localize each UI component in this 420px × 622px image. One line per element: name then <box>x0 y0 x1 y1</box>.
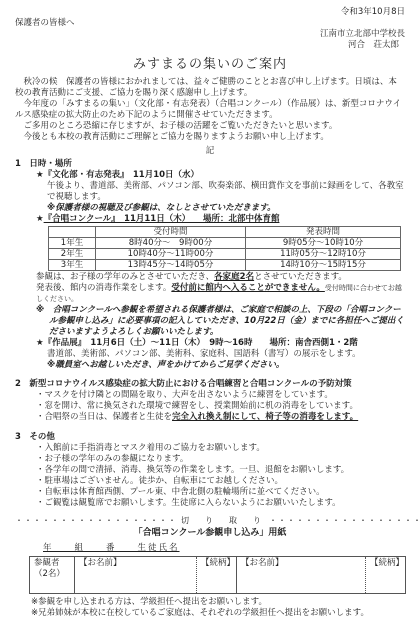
emphasized-fragment: 各家庭2名 <box>214 272 254 282</box>
table-header-row: 受付時間 発表時間 <box>49 227 401 238</box>
application-form-table: 参観者（2名） 【お名前】 【続柄】 【お名前】 【続柄】 <box>29 556 406 594</box>
form-note: ※兄弟姉妹が本校に在校しているご家庭は、それぞれの学級担任へ提出をお願いします。 <box>31 608 405 619</box>
recipient-line: 保護者の皆様へ <box>15 18 405 29</box>
form-notes: ※参観を申し込まれる方は、学級担任へ提出をお願いします。 ※兄弟姉妹が本校に在校… <box>15 597 405 619</box>
gassho-note-line1: 参観は、お子様の学年のみとさせていただき、各家庭2名とさせていただきます。 <box>36 272 405 283</box>
gassho-application-note: ※ 合唱コンクールへ参観を希望される保護者様は、ご家庭で相談の上、下段の「合唱コ… <box>36 305 405 338</box>
section3-body: ・入館前に手指消毒とマスク着用のご協力をお願いします。 ・お子様の学年のみの参観… <box>15 443 405 509</box>
relation-field-2: 【続柄】 <box>366 557 406 594</box>
reception-cell: 10時40分～11時00分 <box>96 249 246 260</box>
relation-field-1: 【続柄】 <box>197 557 237 594</box>
grade-cell: 1年生 <box>49 238 96 249</box>
table-row: 3年生 13時45分～14時05分 14時10分～15時15分 <box>49 260 401 271</box>
dotted-rule: ・・・・・・・・・・・・・・・・・・・・ <box>269 516 420 525</box>
section2-body: ・マスクを付け隣との間隔を取り、大声を出さないように練習をしています。 ・窓を開… <box>15 390 405 423</box>
intro-paragraph-1: 秋冷の候 保護者の皆様におかれましては、益々ご健勝のこととお喜び申し上げます。日… <box>15 77 405 99</box>
bullet-item: ・マスクを付け隣との間隔を取り、大声を出さないように練習をしています。 <box>36 390 405 401</box>
star-icon: ★ <box>36 170 44 180</box>
concert-schedule-table: 受付時間 発表時間 1年生 8時40分～ 9時00分 9時05分～10時10分 … <box>48 226 401 271</box>
section1-heading: 1 日時・場所 <box>15 159 405 170</box>
text-fragment: 発表後、館内の消毒作業をします。 <box>36 283 171 293</box>
ki-marker: 記 <box>15 146 405 157</box>
document-date: 令和3年10月8日 <box>15 7 405 18</box>
bullet-item: ・自転車は体育館西側、プール東、中舎北側の駐輪場所に並べてください。 <box>36 487 405 498</box>
gassho-title: 『合唱コンクール』 11月11日（木） 場所：北部中体育館 <box>44 214 280 224</box>
dotted-rule: ・・・・・・・・・・・・・・・・・・ <box>15 516 177 525</box>
text-fragment: とさせていただきます。 <box>254 272 347 282</box>
bunkabu-title-line: ★『文化部・有志発表』 11月10日（水） <box>36 170 405 181</box>
table-row: 1年生 8時40分～ 9時00分 9時05分～10時10分 <box>49 238 401 249</box>
form-note: ※参観を申し込まれる方は、学級担任へ提出をお願いします。 <box>31 597 405 608</box>
bunkabu-note: ※保護者様の視聴及び参観は、なしとさせていただきます。 <box>36 203 405 214</box>
name-field-1: 【お名前】 <box>75 557 197 594</box>
reception-cell: 13時45分～14時05分 <box>96 260 246 271</box>
grade-cell: 3年生 <box>49 260 96 271</box>
applicant-label-cell: 参観者（2名） <box>30 557 75 594</box>
student-info-line: 年 組 番 生徒氏名 <box>15 543 405 554</box>
grade-cell: 2年生 <box>49 249 96 260</box>
bunkabu-detail: 午後より、書道部、美術部、パソコン部、吹奏楽部、横田賞作文を事前に録画をして、各… <box>36 181 405 203</box>
section3-heading: 3 その他 <box>15 432 405 443</box>
header-cell-grade <box>49 227 96 238</box>
section1-body: ★『文化部・有志発表』 11月10日（水） 午後より、書道部、美術部、パソコン部… <box>15 170 405 371</box>
student-info-blanks: 年 組 番 生徒氏名 <box>43 543 180 553</box>
star-icon: ★ <box>36 338 44 348</box>
form-row: 参観者（2名） 【お名前】 【続柄】 【お名前】 【続柄】 <box>30 557 406 594</box>
school-notice-document: 令和3年10月8日 保護者の皆様へ 江南市立北部中学校長 河合 荘太郎 みすまる… <box>0 0 420 622</box>
intro-paragraph-2: 今年度の「みすまるの集い」（文化部・有志発表）（合唱コンクール）（作品展）は、新… <box>15 99 405 121</box>
bullet-item: ・駐車場はございません。徒歩か、自転車にてお越しください。 <box>36 476 405 487</box>
reception-cell: 8時40分～ 9時00分 <box>96 238 246 249</box>
bullet-item: ・各学年の間で清掃、消毒、換気等の作業をします。一旦、退館をお願いします。 <box>36 465 405 476</box>
intro-paragraph-3: ご多用のところ恐縮に存じますが、お子様の活躍をご覧いただきたいと思います。 <box>15 121 405 132</box>
emphasized-fragment: 受付前に館内へ入ることができません。 <box>171 283 325 293</box>
bullet-item: ・ご観覧は観覧席でお願いします。生徒席に入らないようにお願いいたします。 <box>36 498 405 509</box>
table-row: 2年生 10時40分～11時00分 11時05分～12時10分 <box>49 249 401 260</box>
gassho-title-line: ★『合唱コンクール』 11月11日（木） 場所：北部中体育館 <box>36 214 405 225</box>
bullet-item: ・入館前に手指消毒とマスク着用のご協力をお願いします。 <box>36 443 405 454</box>
sakuhinten-title: 『作品展』 11月6日（土）～11日（木） 9時～16時 場所：南舎西側1・2階 <box>44 338 358 348</box>
section2-heading: 2 新型コロナウイルス感染症の拡大防止における合唱練習と合唱コンクールの予防対策 <box>15 379 405 390</box>
sakuhinten-title-line: ★『作品展』 11月6日（土）～11日（木） 9時～16時 場所：南舎西側1・2… <box>36 338 405 349</box>
text-fragment: ・合唱祭の当日は、保護者と生徒を <box>36 412 172 422</box>
performance-cell: 14時10分～15時15分 <box>246 260 401 271</box>
performance-cell: 9時05分～10時10分 <box>246 238 401 249</box>
text-fragment: 参観は、お子様の学年のみとさせていただき、 <box>36 272 214 282</box>
bullet-item: ・合唱祭の当日は、保護者と生徒を完全入れ換え制にして、椅子等の消毒をします。 <box>36 412 405 423</box>
applicant-label: 参観者 <box>34 558 70 569</box>
sender-name: 河合 荘太郎 <box>15 40 405 51</box>
sakuhinten-detail: 書道部、美術部、パソコン部、美術科、家庭科、国語科（書写）の展示をします。 <box>36 349 405 360</box>
performance-cell: 11時05分～12時10分 <box>246 249 401 260</box>
form-title: 「合唱コンクール参観申し込み」用紙 <box>15 528 405 539</box>
name-field-2: 【お名前】 <box>237 557 366 594</box>
cut-here-label: 切 り 取 り <box>177 516 269 525</box>
header-cell-reception: 受付時間 <box>96 227 246 238</box>
bunkabu-title: 『文化部・有志発表』 11月10日（水） <box>44 170 199 180</box>
header-cell-performance: 発表時間 <box>246 227 401 238</box>
emphasized-fragment: 完全入れ換え制にして、椅子等の消毒をします。 <box>172 412 358 422</box>
cut-here-line: ・・・・・・・・・・・・・・・・・・切 り 取 り・・・・・・・・・・・・・・・… <box>15 515 405 526</box>
sakuhinten-note: ※職員室へお越しいただき、声をかけてからご見学ください。 <box>36 360 405 371</box>
page-title: みすまるの集いのご案内 <box>15 56 405 73</box>
bullet-item: ・お子様の学年のみの参観になります。 <box>36 454 405 465</box>
gassho-note-line2: 発表後、館内の消毒作業をします。受付前に館内へ入ることができません。受付時間に合… <box>36 283 405 305</box>
star-icon: ★ <box>36 214 44 224</box>
sender-title: 江南市立北部中学校長 <box>15 29 405 40</box>
bullet-item: ・窓を開け、常に換気された環境で練習をし、授業開始前に机の消毒をしています。 <box>36 401 405 412</box>
intro-paragraph-4: 今後とも本校の教育活動にご理解とご協力を賜りますようお願い申し上げます。 <box>15 132 405 143</box>
applicant-count: （2名） <box>34 569 70 580</box>
